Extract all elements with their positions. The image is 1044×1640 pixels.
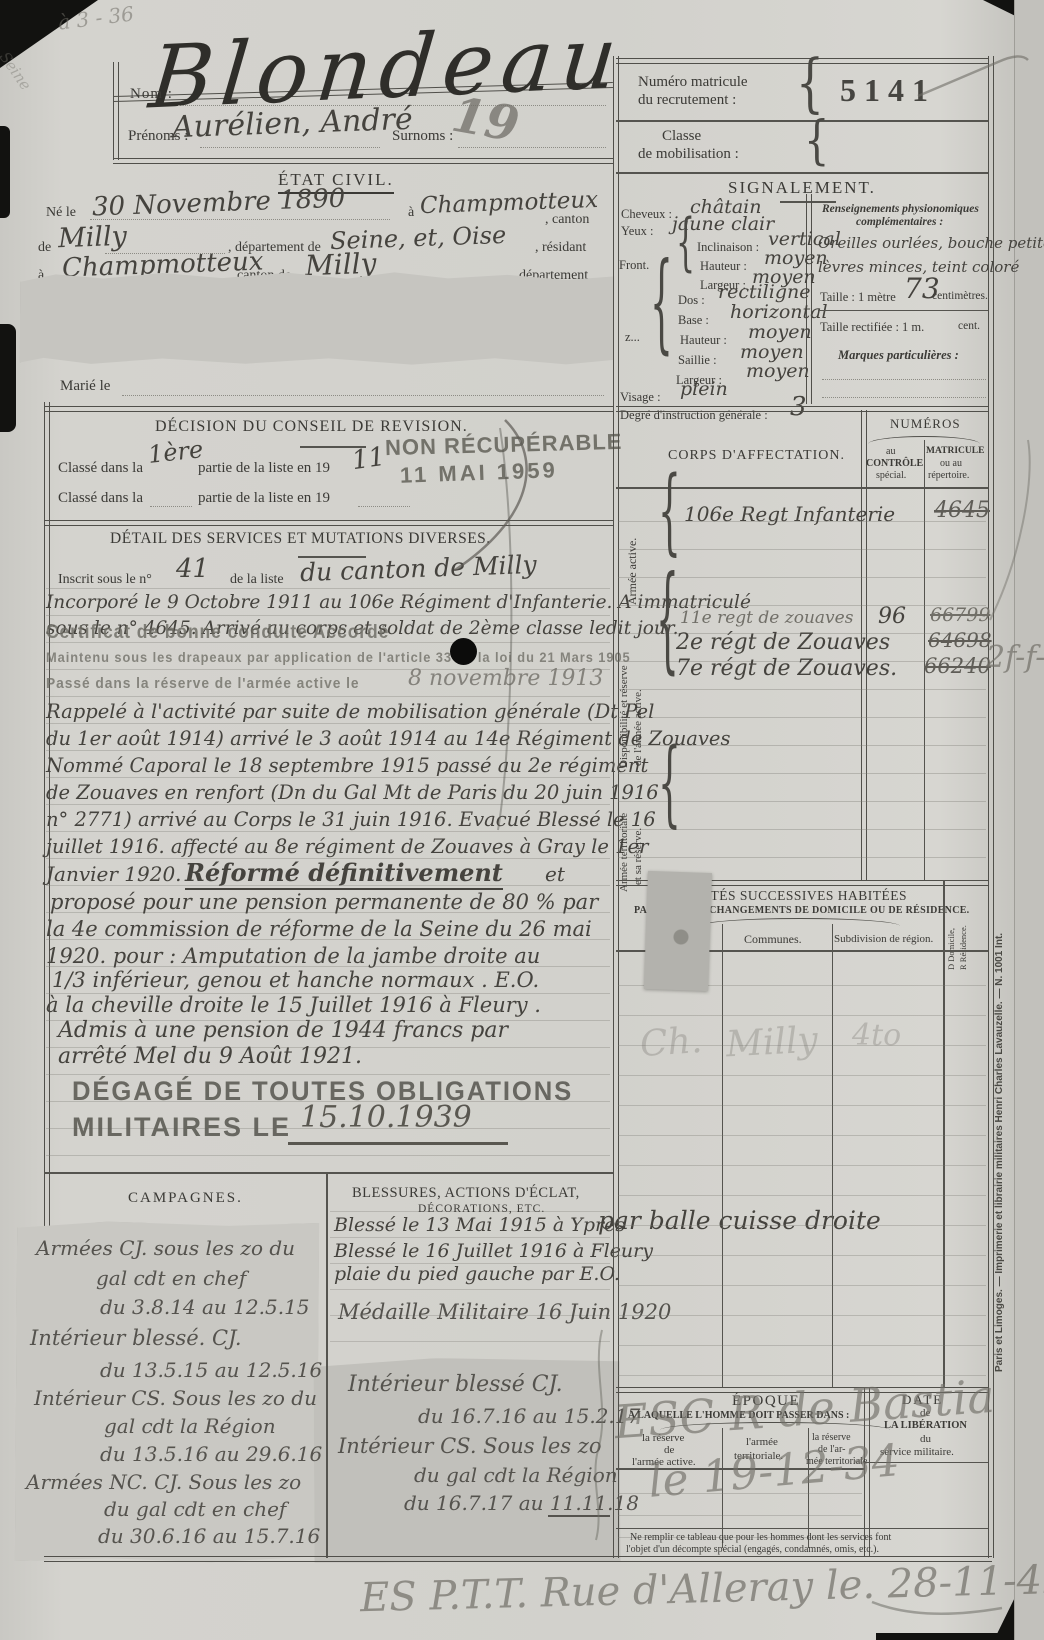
pencil-flourishes: [0, 0, 1044, 1640]
military-record-scan: à 3 - 36 Seine Blondeau Nom : Prénoms : …: [0, 0, 1044, 1640]
